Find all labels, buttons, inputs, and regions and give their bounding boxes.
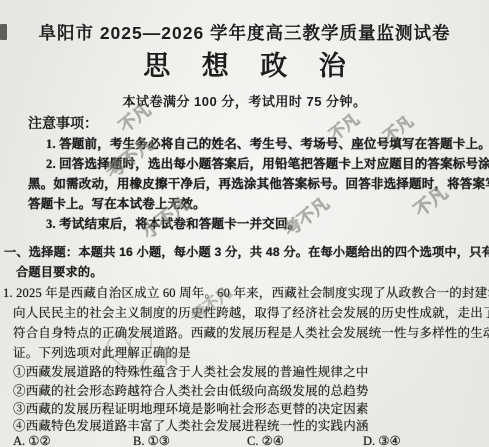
notice-heading: 注意事项： [28, 113, 98, 133]
subject-title: 思 想 政 治 [0, 44, 489, 83]
section-heading-line-1: 一、选择题：本题共 16 小题，每小题 3 分，共 48 分。在每小题给出的四个… [4, 245, 489, 260]
question-1-statement-1: ①西藏发展道路的特殊性蕴含于人类社会发展的普遍性规律之中 [13, 365, 369, 380]
question-1-line-1: 1. 2025 年是西藏自治区成立 60 周年。60 年来，西藏社会制度实现了从… [3, 286, 489, 301]
exam-paper-scan: 阜阳市 2025—2026 学年度高三教学质量监测试卷 思 想 政 治 本试卷满… [0, 0, 489, 447]
question-1-options-row: A. ①② B. ①③ C. ②④ D. ③④ [0, 433, 489, 447]
option-c: C. ②④ [247, 433, 284, 447]
notice-item-1: 1. 答题前，考生务必将自己的姓名、考生号、考场号、座位号填写在答题卡上。 [46, 137, 489, 152]
option-d: D. ③④ [363, 433, 401, 447]
watermark-text: 考不凡 [278, 190, 334, 241]
notice-item-3: 3. 考试结束后，将本试卷和答题卡一并交回。 [46, 217, 300, 232]
notice-item-2-line-2: 黑。如需改动，用橡皮擦干净后，再选涂其他答案标号。回答非选择题时，将答案写在 [28, 177, 489, 192]
question-1-line-3: 符合自身特点的正确发展道路。西藏的发展历程是人类社会发展统一性与多样性的生动例 [13, 326, 489, 341]
notice-item-2-line-3: 答题卡上。写在本试卷上无效。 [28, 197, 206, 212]
page-title: 阜阳市 2025—2026 学年度高三教学质量监测试卷 [0, 20, 489, 45]
option-b: B. ①③ [133, 433, 170, 447]
option-a: A. ①② [13, 433, 51, 447]
question-1-statement-3: ③西藏的发展历程证明地理环境是影响社会形态更替的决定因素 [13, 402, 369, 417]
section-heading-line-2: 合题目要求的。 [16, 265, 103, 280]
question-1-line-4: 证。下列选项对此理解正确的是 [13, 346, 191, 361]
question-1-line-2: 向人民民主的社会主义制度的历史性跨越，取得了经济社会发展的历史性成就，走出了一条 [13, 306, 489, 321]
notice-item-2-line-1: 2. 回答选择题时，选出每小题答案后，用铅笔把答题卡上对应题目的答案标号涂 [46, 157, 489, 172]
question-1-statement-2: ②西藏的社会形态跨越符合人类社会由低级向高级发展的总趋势 [13, 384, 369, 399]
exam-info-line: 本试卷满分 100 分，考试用时 75 分钟。 [0, 91, 489, 110]
question-1-statement-4: ④西藏特色发展道路丰富了人类社会发展进程统一性的实践内涵 [13, 419, 369, 434]
